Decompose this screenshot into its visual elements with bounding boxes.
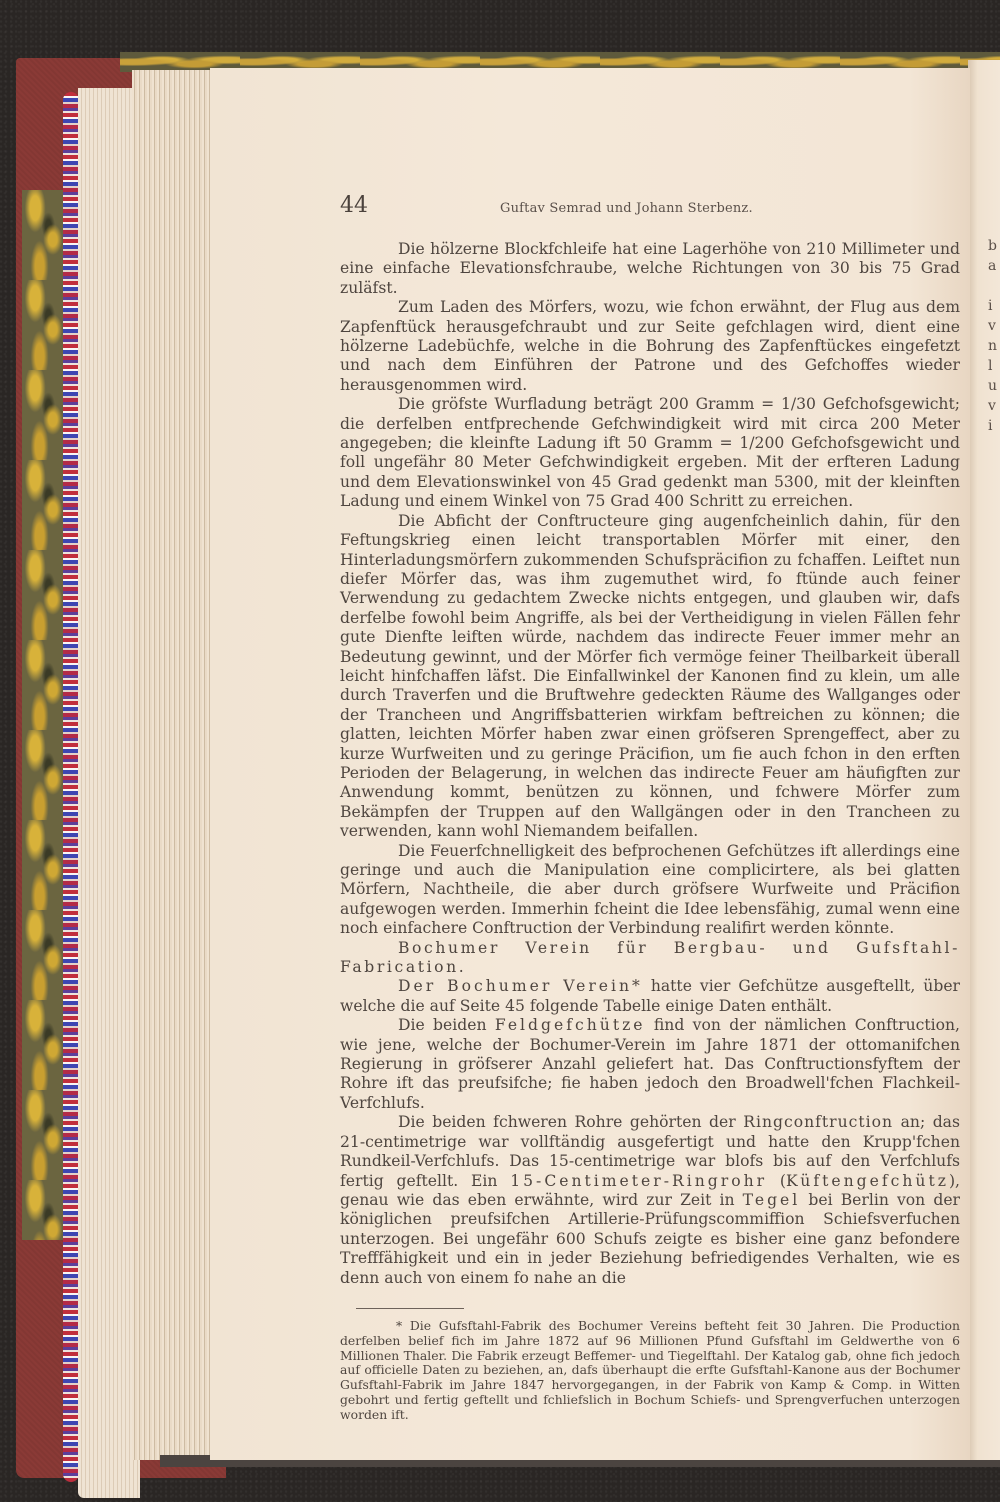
next-page-text-fragment: b a i v n l u v i (988, 236, 1000, 436)
section-heading: Bochumer Verein für Bergbau- und Gufsfta… (340, 939, 960, 978)
page-content: 44 Guftav Semrad und Johann Sterbenz. Di… (340, 196, 960, 1423)
page-stack-left (78, 88, 140, 1498)
paragraph: Die beiden Feldgefchütze find von der nä… (340, 1016, 960, 1113)
spaced-term: Tegel (743, 1191, 801, 1209)
paragraph: Die Feuerfchnelligkeit des befprochenen … (340, 842, 960, 939)
spaced-term: Küftengefchütz (786, 1172, 949, 1190)
marbled-fore-edge (63, 92, 79, 1482)
page-header: 44 Guftav Semrad und Johann Sterbenz. (340, 196, 960, 226)
paragraph: Die Abficht der Conftructeure ging augen… (340, 512, 960, 842)
spaced-term: 15-Centimeter-Ringrohr (510, 1172, 767, 1190)
marbled-cover-side (22, 190, 66, 1240)
paragraph: Zum Laden des Mörfers, wozu, wie fchon e… (340, 298, 960, 395)
running-head: Guftav Semrad und Johann Sterbenz. (500, 199, 753, 218)
page-number: 44 (340, 196, 500, 215)
spaced-lead: Der Bochumer Verein* (398, 977, 643, 995)
spaced-term: Ringconftruction (743, 1113, 893, 1131)
spaced-term: Feldgefchütze (495, 1016, 646, 1034)
paragraph: Die gröfste Wurfladung beträgt 200 Gramm… (340, 395, 960, 511)
paragraph: Die beiden fchweren Rohre gehörten der R… (340, 1113, 960, 1288)
paragraph: Die hölzerne Blockfchleife hat eine Lage… (340, 240, 960, 298)
footnote-divider (356, 1308, 464, 1309)
paragraph: Der Bochumer Verein* hatte vier Gefchütz… (340, 977, 960, 1016)
page-stack-middle (132, 70, 212, 1460)
footnote: * Die Gufsftahl-Fabrik des Bochumer Vere… (340, 1319, 960, 1423)
